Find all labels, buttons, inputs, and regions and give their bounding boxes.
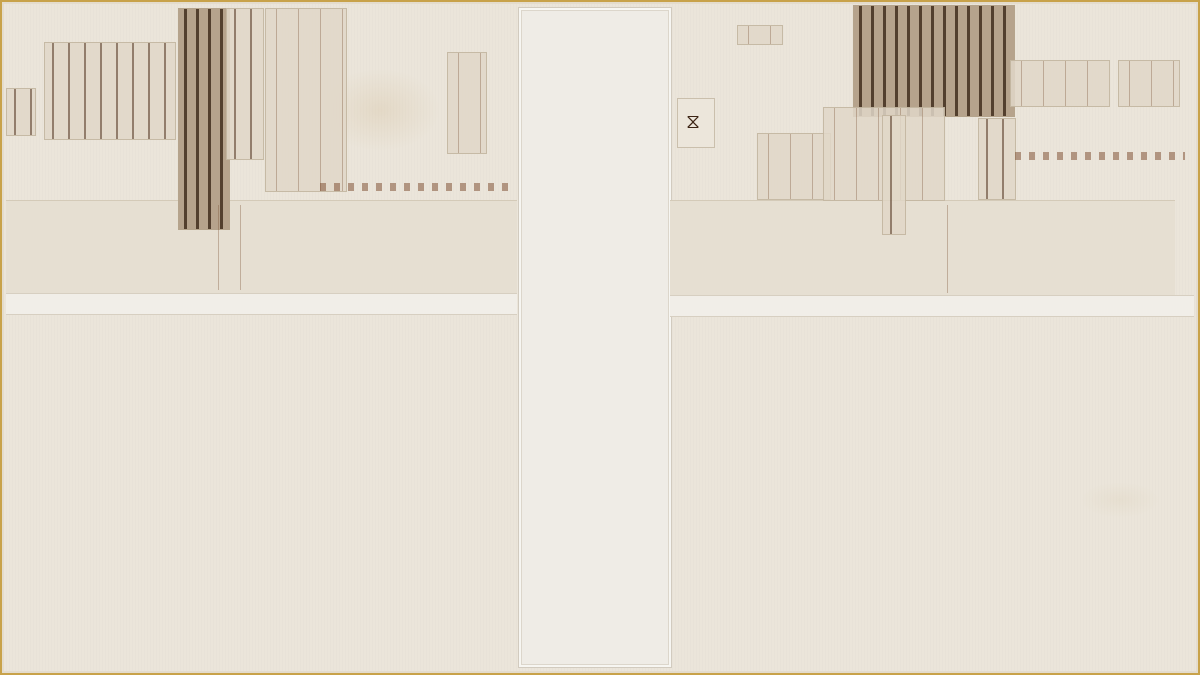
ink-row-right xyxy=(1015,152,1185,160)
fragment-right-strip-2 xyxy=(1118,60,1180,107)
fragment-slanted-note xyxy=(265,8,347,192)
fragment-date-strip xyxy=(882,115,906,235)
manuscript-binding-photo: Photograph of the inside of an old paper… xyxy=(0,0,1200,675)
fragment-vertical-faded xyxy=(937,205,965,293)
fragment-left-edge xyxy=(6,88,36,136)
fragment-lower-note xyxy=(978,118,1016,200)
monogram-fragment: ⧖ xyxy=(677,98,715,148)
fragment-loose-notes xyxy=(208,205,258,290)
spine-panel xyxy=(519,8,671,667)
fragment-right-note xyxy=(447,52,487,154)
fragment-dense-manuscript xyxy=(853,5,1015,117)
fragment-right-strip-1 xyxy=(1010,60,1110,107)
fragment-middle-column xyxy=(226,8,264,160)
left-upper-band xyxy=(6,200,517,295)
monogram-icon: ⧖ xyxy=(686,111,700,131)
fragment-faded-block xyxy=(757,133,831,200)
fragment-top-label xyxy=(737,25,783,45)
left-white-strip xyxy=(6,293,517,315)
fragment-dark-column xyxy=(178,8,230,230)
ink-row-left xyxy=(320,183,515,191)
fragment-left-notes xyxy=(44,42,176,140)
right-white-strip xyxy=(670,295,1194,317)
right-upper-band xyxy=(670,200,1175,297)
